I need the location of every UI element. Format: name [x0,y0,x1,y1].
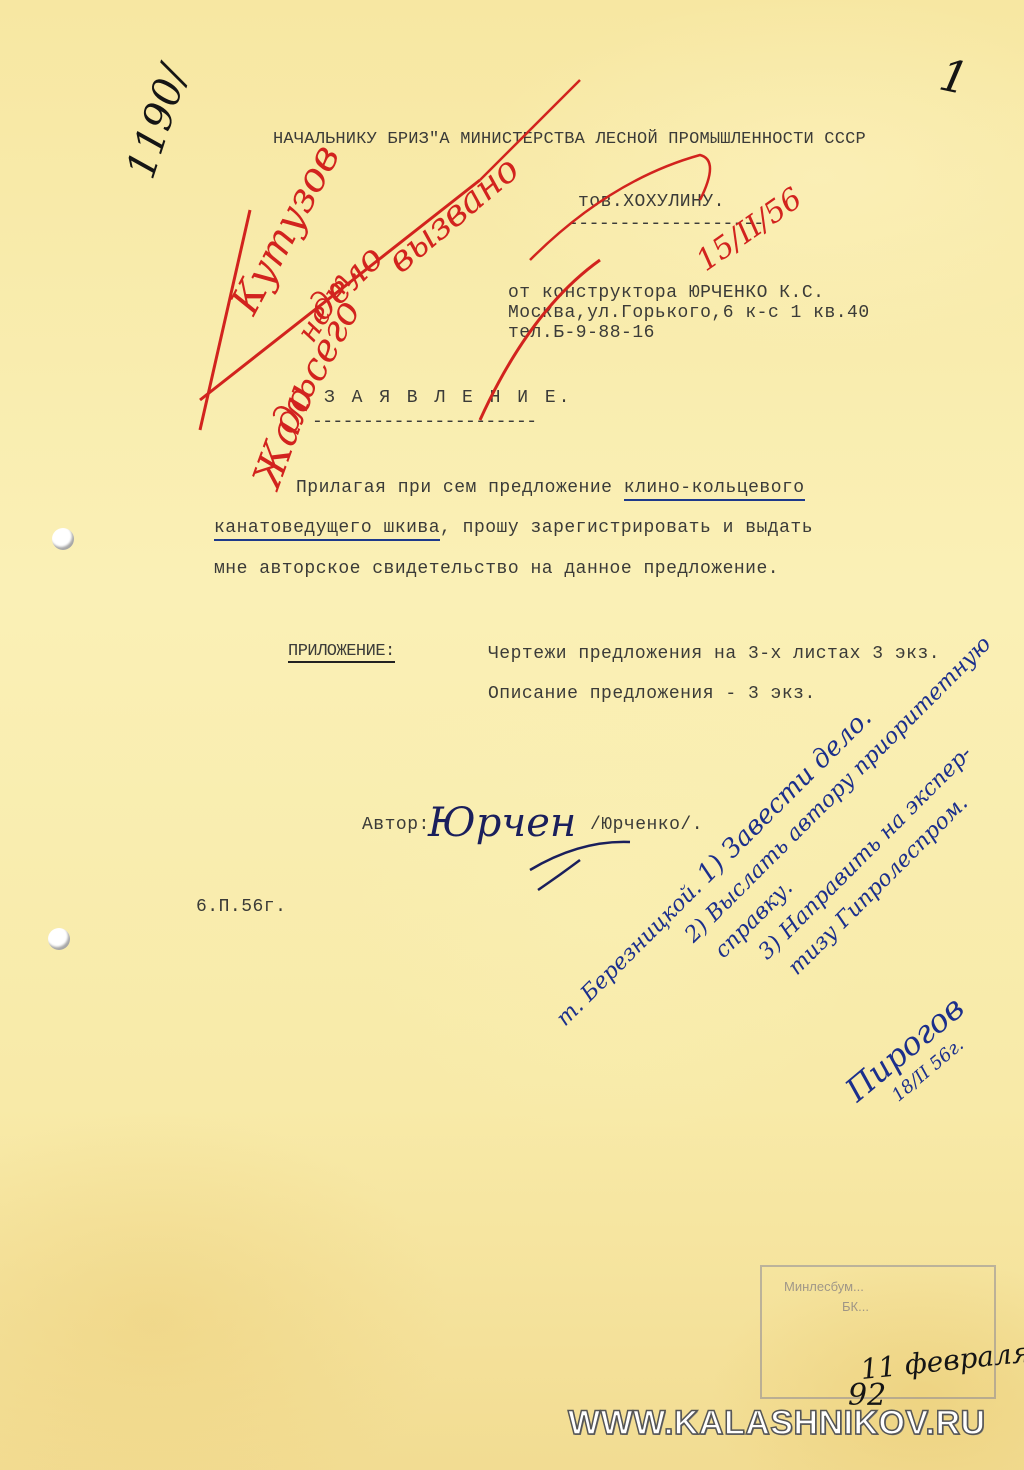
stamp-line-2: БК... [842,1299,869,1314]
body-line-1-text: Прилагая при сем предложение [296,478,624,498]
page-number: 1 [935,50,973,106]
hole-punch-bottom [48,928,70,950]
document-date: 6.П.56г. [196,897,286,917]
stamp-line-1: Минлесбум... [784,1279,864,1294]
body-line-1: Прилагая при сем предложение клино-кольц… [296,478,805,498]
watermark: WWW.KALASHNIKOV.RU [568,1404,986,1443]
hole-punch-top [52,528,74,550]
author-typed-name: /Юрченко/. [590,815,703,835]
body-underlined-term-1: клино-кольцевого [624,478,805,501]
signature-flourish [520,830,640,900]
body-line-3: мне авторское свидетельство на данное пр… [214,559,779,579]
body-underlined-term-2: канатоведущего шкива [214,518,440,541]
attachment-item-2: Описание предложения - 3 экз. [488,684,816,704]
attachment-label: ПРИЛОЖЕНИЕ: [288,642,395,663]
author-label: Автор: [362,815,430,835]
attachment-item-1: Чертежи предложения на 3-х листах 3 экз. [488,644,940,664]
body-line-2: канатоведущего шкива, прошу зарегистриро… [214,518,813,538]
body-line-2-text: , прошу зарегистрировать и выдать [440,518,813,538]
